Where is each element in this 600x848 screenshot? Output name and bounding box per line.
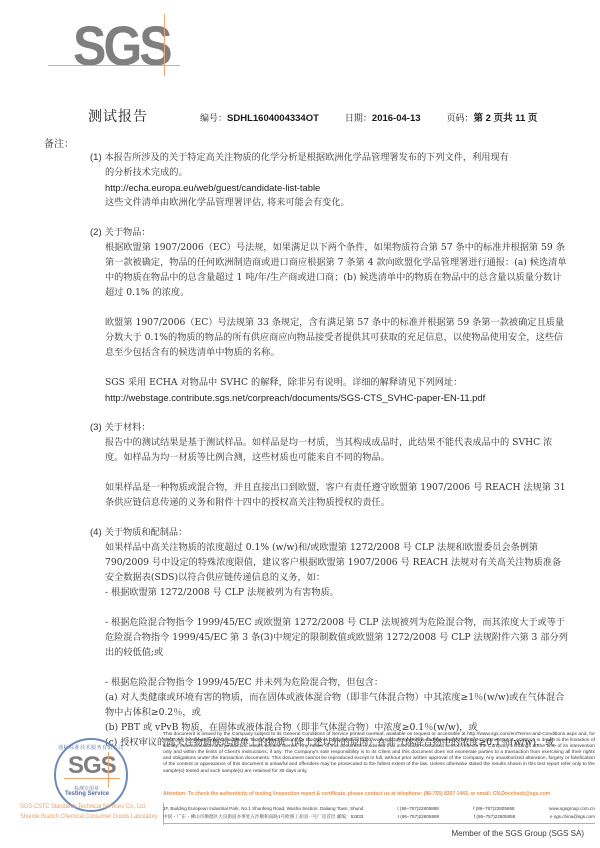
- email-link[interactable]: e sgs.china@sgs.com: [550, 814, 595, 820]
- report-number-label: 编号：: [200, 114, 227, 124]
- footer-divider-horizontal: [163, 823, 595, 824]
- report-date-value: 2016-04-13: [372, 113, 421, 124]
- stamp-en-label: Testing Service: [65, 791, 109, 797]
- svhc-paper-link[interactable]: http://webstage.contribute.sgs.net/corpr…: [90, 390, 568, 405]
- page-number: 页码：第 2 页共 11 页: [447, 110, 538, 124]
- address-row-cn: 中国・广东・佛山市顺德区大良街道办事处五沙顺和南路1号欧洲工业园一号厂房首层 邮…: [163, 814, 595, 820]
- section-paragraph: 报告中的测试结果是基于测试样品。如样品是均一材质，当其构成成品时，此结果不能代表…: [90, 435, 568, 465]
- section-title: 关于物品：: [105, 227, 151, 238]
- report-number: 编号：SDHL1604004334OT: [200, 111, 319, 124]
- section-number: (4): [90, 527, 102, 538]
- notes-label: 备注：: [44, 135, 74, 150]
- address-en: 1F, Building European Industrial Park, N…: [163, 806, 363, 811]
- fax: f (86–757)22805858: [474, 814, 515, 820]
- section-number: (3): [90, 422, 102, 433]
- telephone: t (86–757)22805888: [398, 814, 439, 820]
- telephone: t (86–757)22805888: [397, 806, 438, 811]
- section-paragraph: 如果样品是一种物质或混合物，并且直接出口到欧盟，客户有责任遵守欧盟第 1907/…: [90, 480, 568, 510]
- section-paragraph: 欧盟第 1907/2006（EC）号法规第 33 条规定，含有满足第 57 条中…: [90, 315, 568, 360]
- sgs-logo: SGS: [48, 14, 183, 76]
- section-paragraph: 如果样品中高关注物质的浓度超过 0.1% (w/w)和/或欧盟第 1272/20…: [90, 540, 568, 585]
- section-text: 这些文件清单由欧洲化学品管理署评估, 将来可能会有变化。: [90, 195, 568, 210]
- page-number-label: 页码：: [447, 114, 474, 124]
- report-date: 日期：2016-04-13: [345, 111, 421, 124]
- notes-content: (1)本报告所涉及的关于特定高关注物质的化学分析是根据欧洲化学品管理署发布的下列…: [90, 150, 568, 750]
- note-section-2: (2)关于物品： 根据欧盟第 1907/2006（EC）号法规，如果满足以下两个…: [90, 225, 568, 405]
- address-row-en: 1F, Building European Industrial Park, N…: [163, 806, 595, 811]
- report-number-value: SDHL1604004334OT: [227, 113, 319, 124]
- stamp-ring-text: 通标标准技术服务有限公司: [58, 744, 124, 751]
- report-date-label: 日期：: [345, 114, 372, 124]
- report-title: 测试报告: [88, 106, 148, 126]
- section-text: 的分析技术完成的。: [90, 165, 568, 180]
- testing-service-stamp: 通标标准技术服务有限公司 SGS 检测专用章 Testing Service S…: [20, 738, 158, 838]
- section-paragraph: 根据欧盟第 1907/2006（EC）号法规，如果满足以下两个条件，如果物质符合…: [90, 240, 568, 300]
- section-number: (1): [90, 152, 102, 163]
- member-statement: Member of the SGS Group (SGS SA): [452, 829, 585, 838]
- legal-disclaimer: This document is issued by the Company s…: [163, 732, 595, 775]
- address-cn: 中国・广东・佛山市顺德区大良街道办事处五沙顺和南路1号欧洲工业园一号厂房首层 邮…: [163, 814, 363, 820]
- stamp-branch-name: Shunde Branch Chemical Consumer Goods La…: [20, 814, 160, 820]
- echa-candidate-list-link[interactable]: http://echa.europa.eu/web/guest/candidat…: [90, 180, 568, 195]
- bullet-item: - 根据危险混合物指令 1999/45/EC 并未列为危险混合物，但包含：: [90, 675, 568, 690]
- section-title: 关于材料：: [105, 422, 151, 433]
- website-link[interactable]: www.sgsgroup.com.cn: [549, 806, 595, 811]
- page-number-value: 第 2 页共 11 页: [474, 113, 538, 124]
- note-section-4: (4)关于物质和配制品： 如果样品中高关注物质的浓度超过 0.1% (w/w)和…: [90, 525, 568, 750]
- stamp-crosshair-horizontal: [64, 778, 120, 779]
- stamp-crosshair-vertical: [108, 752, 109, 788]
- authenticity-notice: Attention: To check the authenticity of …: [163, 791, 595, 797]
- stamp-company-name: SGS-CSTC Standards Technical Services Co…: [20, 804, 160, 810]
- report-header: 测试报告 编号：SDHL1604004334OT 日期：2016-04-13 页…: [88, 106, 588, 126]
- section-title: 关于物质和配制品：: [105, 527, 188, 538]
- bullet-item: - 根据危险混合物指令 1999/45/EC 或欧盟第 1272/2008 号 …: [90, 615, 568, 660]
- sub-item-a: (a) 对人类健康或环境有害的物质，而在固体或液体混合物（即非气体混合物）中其浓…: [90, 690, 568, 720]
- section-text: 本报告所涉及的关于特定高关注物质的化学分析是根据欧洲化学品管理署发布的下列文件，…: [105, 152, 509, 163]
- fax: f (86–757)22805858: [473, 806, 514, 811]
- bullet-item: - 根据欧盟第 1272/2008 号 CLP 法规被列为有害物质。: [90, 585, 568, 600]
- section-number: (2): [90, 227, 102, 238]
- note-section-3: (3)关于材料： 报告中的测试结果是基于测试样品。如样品是均一材质，当其构成成品…: [90, 420, 568, 510]
- section-paragraph: SGS 采用 ECHA 对物品中 SVHC 的解释，除非另有说明。详细的解释请见…: [90, 375, 568, 390]
- note-section-1: (1)本报告所涉及的关于特定高关注物质的化学分析是根据欧洲化学品管理署发布的下列…: [90, 150, 568, 210]
- logo-crosshair-horizontal: [48, 65, 180, 66]
- logo-crosshair-vertical: [164, 14, 165, 76]
